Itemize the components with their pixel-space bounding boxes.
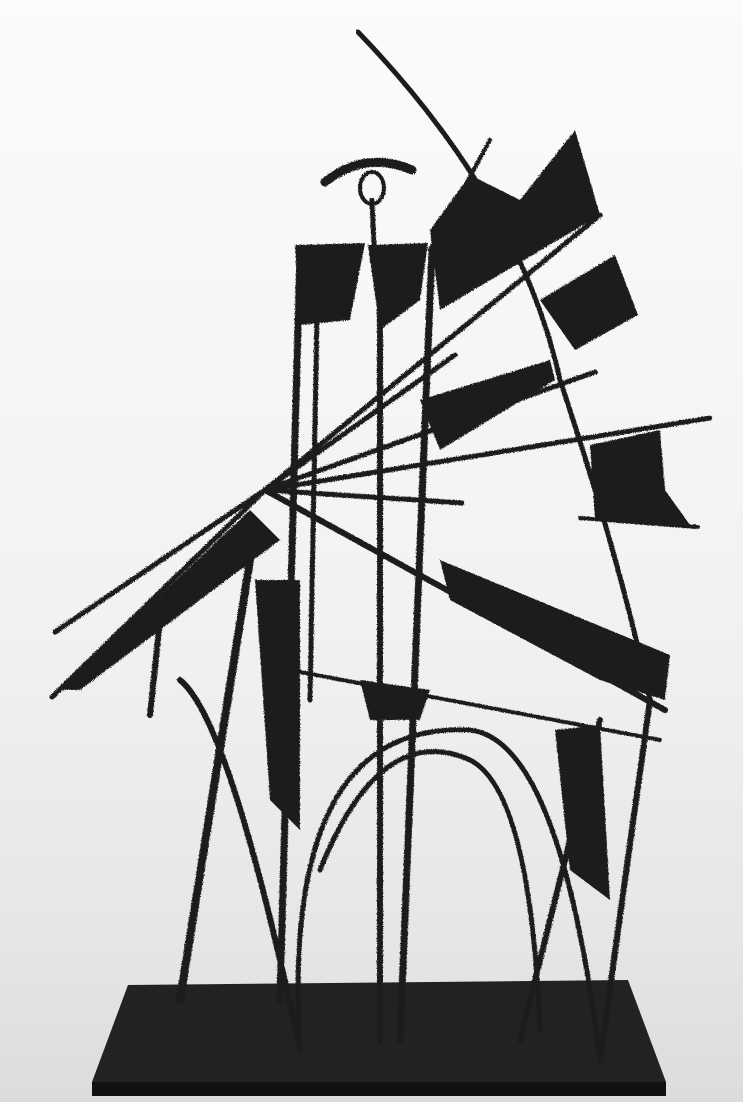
sculpture-photo: Black-and-white photograph of an abstrac… <box>0 0 743 1102</box>
sculpture-drawing <box>0 0 743 1102</box>
sculpture <box>52 32 710 1060</box>
metal-flags <box>60 130 690 900</box>
